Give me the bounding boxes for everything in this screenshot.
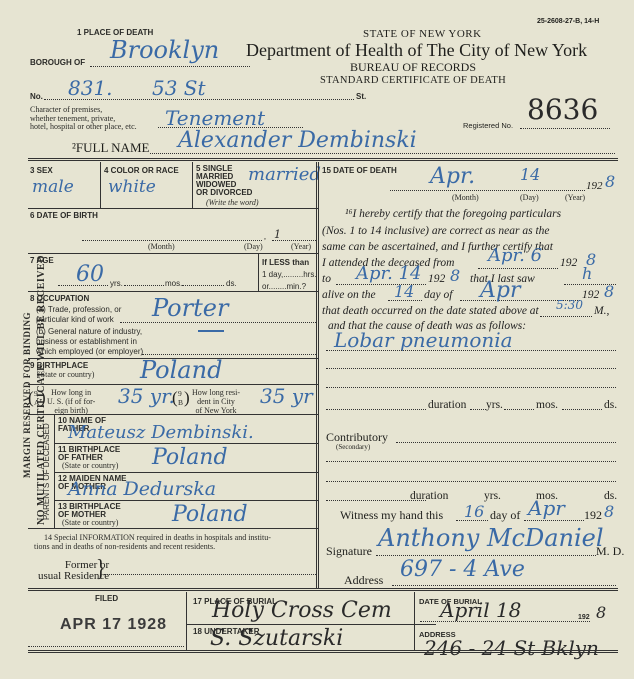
- cause-of-death-value: Lobar pneumonia: [334, 328, 513, 352]
- age-label: 7 AGE: [30, 256, 54, 265]
- date-of-burial-value: April 18: [440, 598, 521, 622]
- bureau-title: BUREAU OF RECORDS: [350, 60, 476, 75]
- how-long-us-value: 35 yr.: [118, 384, 175, 408]
- alive-month-value: Apr: [480, 278, 521, 303]
- death-time-value: 5:30: [556, 298, 583, 312]
- alive-on-label: alive on the: [322, 289, 376, 301]
- physician-signature: Anthony McDaniel: [378, 524, 604, 552]
- father-name-value: Mateusz Dembinski.: [68, 422, 254, 443]
- burial-year-value: 8: [596, 603, 606, 622]
- witness-day-value: 16: [464, 502, 484, 521]
- street-number-value: 831.: [68, 76, 113, 100]
- premises-label: Character of premises, whether tenement,…: [30, 106, 137, 132]
- death-year-prefix: 192: [586, 180, 603, 192]
- certification-line-1: ¹⁶I hereby certify that the foregoing pa…: [345, 208, 561, 220]
- place-of-burial-value: Holy Cross Cem: [212, 598, 392, 623]
- street-no-label: No.: [30, 92, 43, 101]
- occupation-a-label: (a) Trade, profession, or particular kin…: [36, 305, 121, 325]
- age-mos-label: mos.: [165, 279, 182, 288]
- sex-value: male: [32, 177, 74, 197]
- physician-address-label: Address: [344, 573, 383, 588]
- full-name-value: Alexander Dembinski: [178, 128, 417, 153]
- death-day-value: 14: [520, 165, 540, 184]
- md-label: M. D.: [596, 544, 624, 559]
- witness-year-value: 8: [604, 502, 614, 521]
- undertaker-address-value: 246 - 24 St Bklyn: [424, 636, 599, 660]
- birthplace-hint: (State or country): [38, 370, 94, 379]
- full-name-label: ²FULL NAME: [72, 140, 149, 156]
- registered-no-value: 8636: [527, 93, 598, 126]
- premises-value: Tenement: [165, 106, 265, 130]
- sex-label: 3 SEX: [30, 166, 53, 175]
- mother-name-value: Anna Dedurska: [68, 478, 216, 500]
- undertaker-value: S. Szutarski: [210, 626, 343, 651]
- death-time-label: that death occurred on the date stated a…: [322, 305, 539, 317]
- parents-section-label: PARENTS OF DECEASED: [42, 423, 51, 520]
- filed-stamp: APR 17 1928: [60, 616, 167, 634]
- attended-to-label: to: [322, 273, 331, 285]
- death-certificate: MARGIN RESERVED FOR BINDING NO MUTILATED…: [0, 0, 634, 679]
- birthplace-label: 9 BIRTHPLACE: [30, 361, 88, 370]
- filed-label: FILED: [95, 594, 118, 603]
- registered-no-label: Registered No.: [463, 121, 513, 130]
- street-name-value: 53 St: [152, 76, 206, 100]
- witness-month-value: Apr: [528, 496, 565, 520]
- borough-value: Brooklyn: [110, 36, 219, 64]
- physician-address-value: 697 - 4 Ave: [400, 557, 525, 582]
- contributory-duration-label: duration: [410, 490, 448, 502]
- dob-year-hint: (Year): [291, 242, 311, 251]
- alive-day-value: 14: [394, 282, 414, 301]
- mother-birthplace-value: Poland: [172, 502, 248, 527]
- certification-line-2: (Nos. 1 to 14 inclusive) are correct as …: [322, 225, 550, 237]
- how-long-city-value: 35 yr: [260, 384, 313, 408]
- mother-birthplace-label: 13 BIRTHPLACE OF MOTHER (State or countr…: [58, 503, 121, 527]
- age-value: 60: [76, 262, 104, 287]
- how-long-us-label: How long in U. S. (if of for- eign birth…: [47, 388, 95, 415]
- occupation-value: Porter: [152, 294, 228, 322]
- father-birthplace-value: Poland: [152, 445, 228, 470]
- marital-hint: (Write the word): [206, 198, 259, 207]
- father-birthplace-label: 11 BIRTHPLACE OF FATHER (State or countr…: [58, 446, 120, 470]
- street-suffix-label: St.: [356, 92, 366, 101]
- color-race-label: 4 COLOR OR RACE: [104, 166, 179, 175]
- dob-month-hint: (Month): [148, 242, 175, 251]
- marital-value: married: [248, 164, 321, 185]
- certificate-type: STANDARD CERTIFICATE OF DEATH: [320, 75, 506, 86]
- occupation-label: 8 OCCUPATION: [30, 294, 89, 303]
- special-info-note: 14 Special INFORMATION required in death…: [34, 533, 271, 551]
- color-race-value: white: [108, 177, 156, 197]
- attended-to-value: Apr. 14: [356, 263, 422, 284]
- form-code: 25-2608-27-B, 14-H: [537, 18, 599, 25]
- occupation-b-label: (b) General nature of industry, business…: [36, 327, 143, 357]
- last-saw-value: h: [582, 264, 592, 283]
- department-title: Department of Health of The City of New …: [246, 40, 587, 61]
- marital-status-label: 5 SINGLE MARRIED WIDOWED OR DIVORCED: [196, 165, 252, 197]
- birth-year-value: 1: [274, 228, 281, 241]
- borough-label: BOROUGH OF: [30, 58, 85, 67]
- witness-label: Witness my hand this: [340, 508, 443, 523]
- how-long-city-label: How long resi- dent in City of New York: [192, 388, 240, 415]
- alive-year-value: 8: [604, 282, 614, 301]
- less-than-day-label: If LESS than 1 day,.........hrs. or.....…: [262, 257, 317, 293]
- primary-duration-label: duration: [428, 399, 466, 411]
- age-ds-label: ds.: [226, 279, 237, 288]
- death-year-value: 8: [605, 172, 615, 191]
- death-month-value: Apr.: [430, 164, 475, 189]
- signature-label: Signature: [326, 544, 372, 559]
- secondary-hint: (Secondary): [336, 443, 370, 451]
- age-yrs-label: yrs.: [110, 279, 123, 288]
- date-of-birth-label: 6 DATE OF BIRTH: [30, 211, 98, 220]
- birthplace-value: Poland: [140, 356, 222, 384]
- dob-day-hint: (Day): [244, 242, 263, 251]
- attended-to-year: 8: [450, 266, 460, 285]
- date-of-death-label: 15 DATE OF DEATH: [322, 166, 397, 175]
- state-title: STATE OF NEW YORK: [363, 28, 482, 40]
- attended-from-value: Apr. 6: [488, 245, 542, 266]
